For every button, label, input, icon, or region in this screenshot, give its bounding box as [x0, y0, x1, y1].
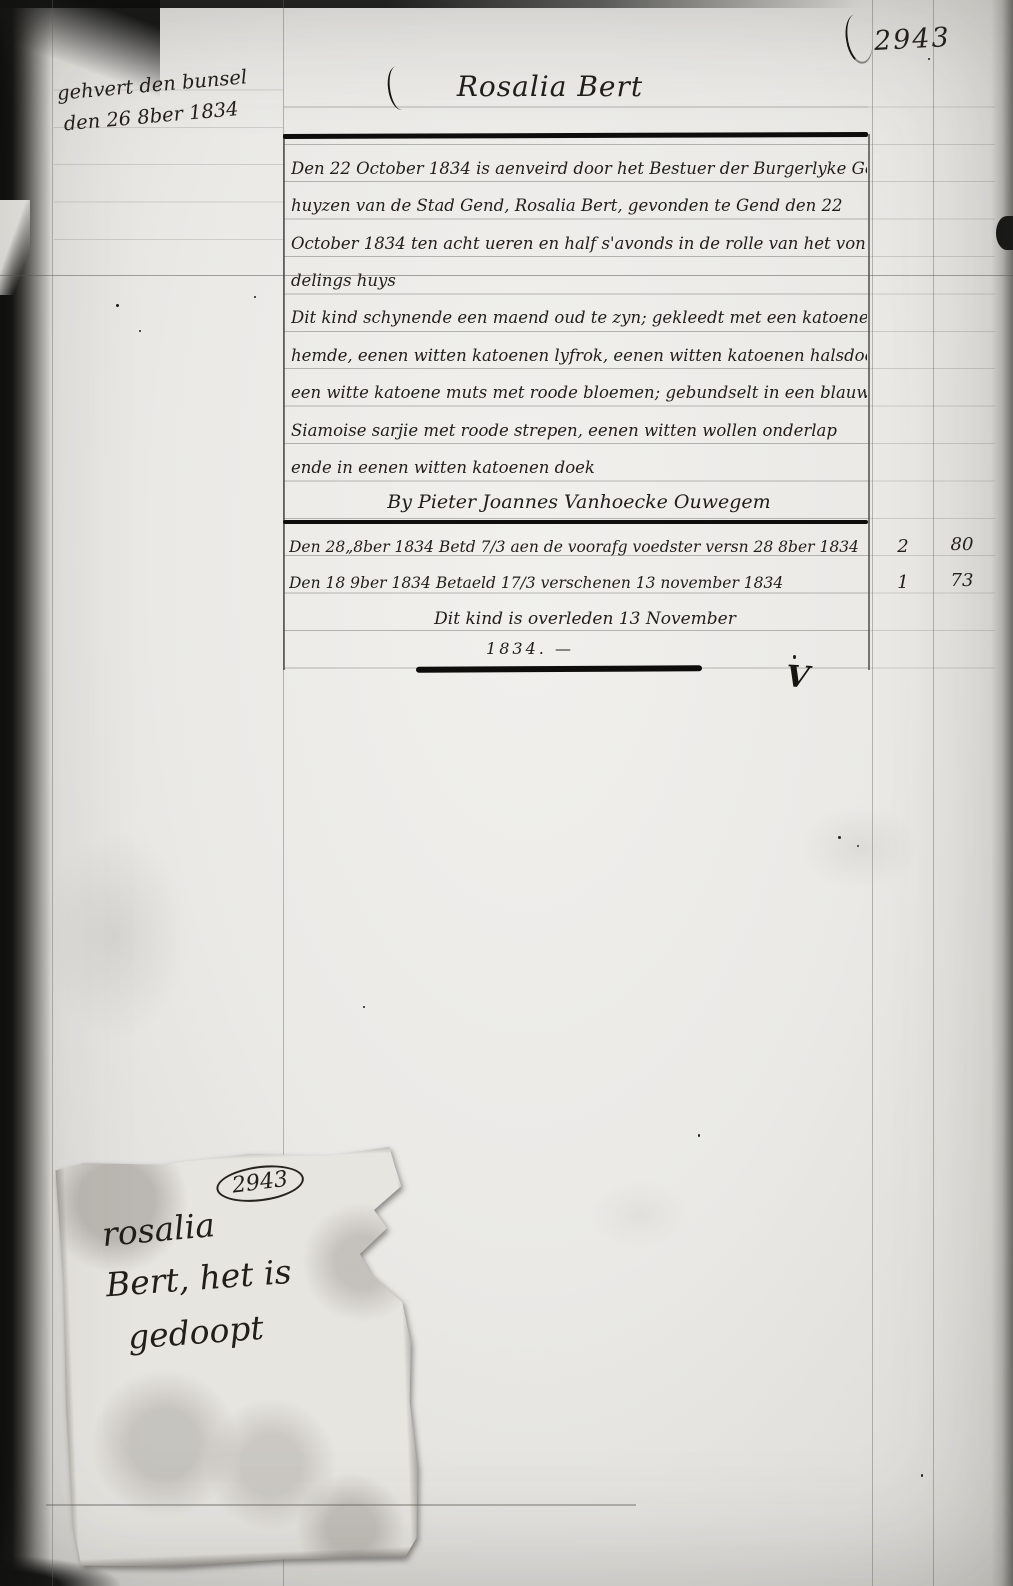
fold-line-vertical: [52, 0, 53, 1586]
attached-note-line2: Bert, het is: [105, 1252, 293, 1305]
entry-line: hemde, eenen witten katoenen lyfrok, een…: [291, 331, 867, 368]
ink-blot-right-edge: [996, 216, 1013, 250]
attached-note-line1: rosalia: [100, 1205, 216, 1254]
page-number-value: 2943: [873, 22, 951, 57]
paper-stain: [800, 805, 920, 890]
entry-line: delings huys: [291, 256, 867, 293]
attached-note-paper: 2943 rosalia Bert, het is gedoopt: [55, 1144, 423, 1571]
attached-note-number: 2943: [214, 1161, 306, 1207]
ink-speck: [928, 58, 930, 60]
paper-crease-line: [46, 1504, 636, 1506]
page-edge-highlight: [0, 200, 30, 295]
ink-speck: [793, 655, 796, 659]
ink-speck: [921, 1474, 923, 1477]
entry-line: ende in eenen witten katoenen doek: [291, 443, 867, 480]
payment-row-text: Den 18 9ber 1834 Betaeld 17/3 verschenen…: [289, 560, 869, 595]
checkmark-icon: V: [785, 659, 811, 696]
entry-line: Dit kind schynende een maend oud te zyn;…: [291, 293, 867, 330]
record-block-border-left: [283, 134, 285, 670]
attached-note-line3: gedoopt: [127, 1308, 265, 1357]
entry-line: huyzen van de Stad Gend, Rosalia Bert, g…: [291, 181, 867, 218]
page-number-flourish: [842, 12, 876, 66]
record-title: Rosalia Bert: [300, 70, 800, 103]
page-top-edge-shadow: [0, 0, 860, 8]
page-number: 2943: [846, 14, 951, 64]
entry-line: een witte katoene muts met roode bloemen…: [291, 368, 867, 405]
entry-line: Den 22 October 1834 is aenveird door het…: [291, 144, 867, 181]
entry-line: October 1834 ten acht ueren en half s'av…: [291, 218, 867, 255]
ink-speck: [139, 330, 141, 332]
death-note-line1: Dit kind is overleden 13 November: [350, 596, 820, 629]
payment-row-centimes: 80: [934, 524, 990, 557]
register-page-scan: 2943 gehvert den bunsel den 26 8ber 1834…: [0, 0, 1013, 1586]
death-note-line2: 1834. —: [420, 630, 640, 658]
payment-row-centimes: 73: [934, 560, 990, 593]
caretaker-line: By Pieter Joannes Vanhoecke Ouwegem: [291, 478, 867, 517]
ink-speck: [254, 296, 256, 298]
record-end-bar: [416, 665, 702, 672]
ink-speck: [698, 1134, 700, 1137]
paper-stain: [590, 1180, 690, 1250]
ink-speck: [116, 304, 119, 307]
payment-row-francs: 2: [873, 526, 933, 559]
payment-row-francs: 1: [873, 562, 933, 595]
paper-stain: [40, 830, 190, 1040]
payment-row-text: Den 28„8ber 1834 Betd 7/3 aen de voorafg…: [289, 524, 869, 559]
ink-speck: [363, 1006, 365, 1008]
entry-line: Siamoise sarjie met roode strepen, eenen…: [291, 405, 867, 442]
attached-note: 2943 rosalia Bert, het is gedoopt: [55, 1158, 407, 1572]
